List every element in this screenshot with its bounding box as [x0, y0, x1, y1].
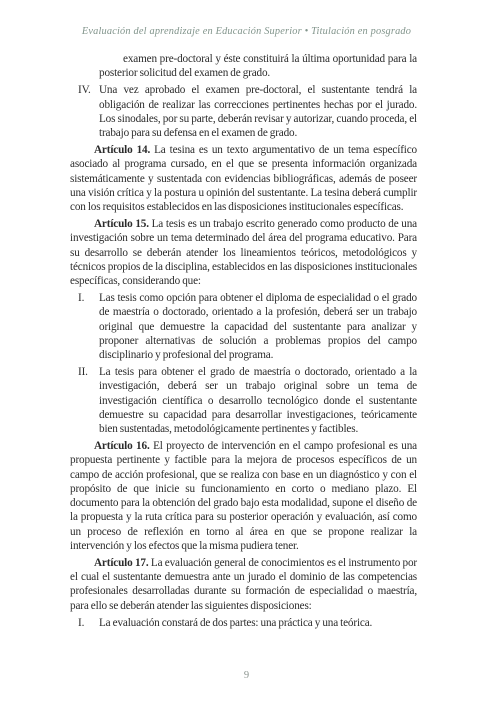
list-item-evaluacion-i-text: La evaluación constará de dos partes: un…	[99, 617, 372, 629]
page-body: examen pre-doctoral y éste constituirá l…	[70, 52, 417, 630]
list-item-tesis-ii: II. La tesis para obtener el grado de ma…	[99, 365, 417, 436]
list-item-tesis-i: I. Las tesis como opción para obtener el…	[99, 291, 417, 362]
articulo-16-text: El proyecto de intervención en el campo …	[70, 440, 417, 551]
articulo-17-label: Artículo 17.	[94, 557, 149, 569]
continuation-paragraph: examen pre-doctoral y éste constituirá l…	[99, 52, 417, 80]
page-number: 9	[0, 670, 493, 681]
book-page: { "page": { "running_header": "Evaluació…	[0, 0, 493, 715]
articulo-14-label: Artículo 14.	[94, 144, 150, 156]
list-item-iv: IV. Una vez aprobado el examen pre-docto…	[99, 83, 417, 140]
list-item-evaluacion-i: I. La evaluación constará de dos partes:…	[99, 616, 417, 630]
list-item-evaluacion-i-numeral: I.	[78, 616, 84, 630]
articulo-15-label: Artículo 15.	[94, 218, 149, 230]
list-item-tesis-ii-text: La tesis para obtener el grado de maestr…	[99, 366, 417, 435]
paragraph-articulo-14: Artículo 14. La tesina es un texto argum…	[70, 143, 417, 214]
list-item-tesis-i-text: Las tesis como opción para obtener el di…	[99, 292, 417, 361]
articulo-16-label: Artículo 16.	[94, 440, 150, 452]
continuation-paragraph-text: examen pre-doctoral y éste constituirá l…	[99, 53, 417, 79]
running-header: Evaluación del aprendizaje en Educación …	[0, 26, 493, 37]
list-item-tesis-ii-numeral: II.	[78, 365, 88, 379]
list-item-iv-numeral: IV.	[78, 83, 91, 97]
paragraph-articulo-16: Artículo 16. El proyecto de intervención…	[70, 439, 417, 553]
list-item-iv-text: Una vez aprobado el examen pre-doctoral,…	[99, 84, 417, 139]
paragraph-articulo-17: Artículo 17. La evaluación general de co…	[70, 556, 417, 613]
list-item-tesis-i-numeral: I.	[78, 291, 84, 305]
paragraph-articulo-15: Artículo 15. La tesis es un trabajo escr…	[70, 217, 417, 288]
